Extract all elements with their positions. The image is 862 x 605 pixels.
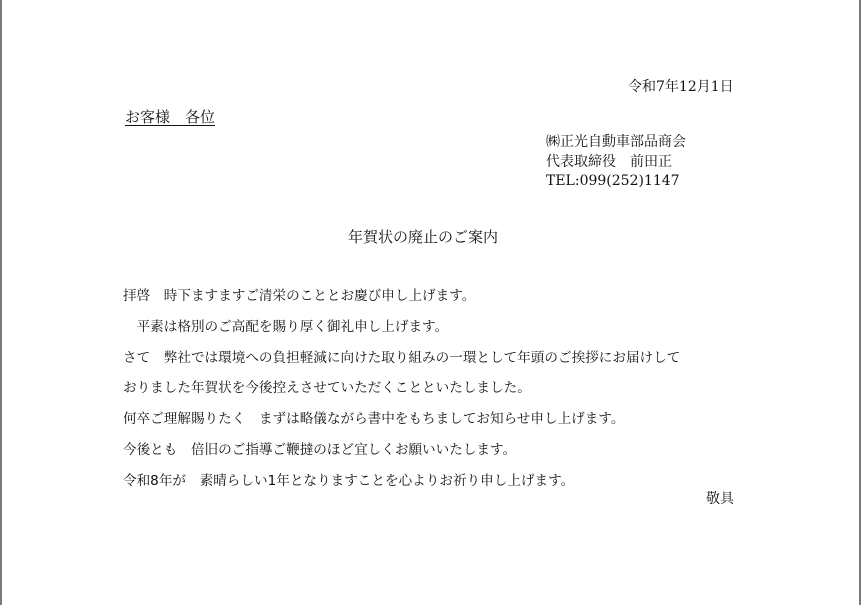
letter-title: 年賀状の廃止のご案内 xyxy=(348,228,498,246)
body-line: おりました年賀状を今後控えさせていただくことといたしました。 xyxy=(123,379,680,410)
body-line: 平素は格別のご高配を賜り厚く御礼申し上げます。 xyxy=(123,318,680,349)
sender-block: ㈱正光自動車部品商会 代表取締役 前田正 TEL:099(252)1147 xyxy=(546,133,686,192)
body-line: 今後とも 倍旧のご指導ご鞭撻のほど宜しくお願いいたします。 xyxy=(123,441,680,472)
page-edge-left xyxy=(0,0,2,605)
closing: 敬具 xyxy=(706,490,734,508)
letter-date: 令和7年12月1日 xyxy=(628,78,734,96)
sender-company: ㈱正光自動車部品商会 xyxy=(546,133,686,153)
addressee: お客様 各位 xyxy=(125,108,215,126)
letter-body: 拝啓 時下ますますご清栄のこととお慶び申し上げます。 平素は格別のご高配を賜り厚… xyxy=(123,287,680,503)
sender-phone: TEL:099(252)1147 xyxy=(546,172,686,192)
page-edge-right xyxy=(859,0,861,605)
sender-representative: 代表取締役 前田正 xyxy=(546,153,686,173)
body-line: さて 弊社では環境への負担軽減に向けた取り組みの一環として年頭のご挨拶にお届けし… xyxy=(123,349,680,380)
body-line: 拝啓 時下ますますご清栄のこととお慶び申し上げます。 xyxy=(123,287,680,318)
body-line: 何卒ご理解賜りたく まずは略儀ながら書中をもちましてお知らせ申し上げます。 xyxy=(123,410,680,441)
body-line: 令和8年が 素晴らしい1年となりますことを心よりお祈り申し上げます。 xyxy=(123,472,680,503)
